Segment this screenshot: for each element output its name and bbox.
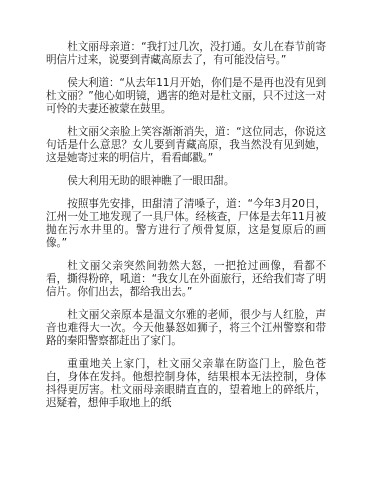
paragraph-8: 重重地关上家门，杜文丽父亲靠在防盗门上，脸色苍白，身体在发抖。他想控制身体，结果… [46,358,326,410]
paragraph-5: 按照事先安排，田甜清了清嗓子，道：“今年3月20日，江州一处工地发现了一具尸体。… [46,198,326,250]
paragraph-7: 杜文丽父亲原本是温文尔雅的老师，很少与人红脸，声音也难得大一次。今天他暴怒如狮子… [46,309,326,348]
paragraph-4: 侯大利用无助的眼神瞧了一眼田甜。 [46,175,326,188]
paragraph-2: 侯大利道：“从去年11月开始，你们是不是再也没有见到杜文丽？”他心如明镜，遇害的… [46,77,326,116]
paragraph-1: 杜文丽母亲道：“我打过几次，没打通。女儿在春节前寄明信片过来，说要到青藏高原去了… [46,41,326,67]
paragraph-6: 杜文丽父亲突然间勃然大怒，一把抢过画像，看都不看，撕得粉碎，吼道：“我女儿在外面… [46,260,326,299]
paragraph-3: 杜文丽父亲脸上笑容渐渐消失，道：“这位同志，你说这句话是什么意思？女儿要到青藏高… [46,126,326,165]
document-page: 杜文丽母亲道：“我打过几次，没打通。女儿在春节前寄明信片过来，说要到青藏高原去了… [46,41,326,420]
